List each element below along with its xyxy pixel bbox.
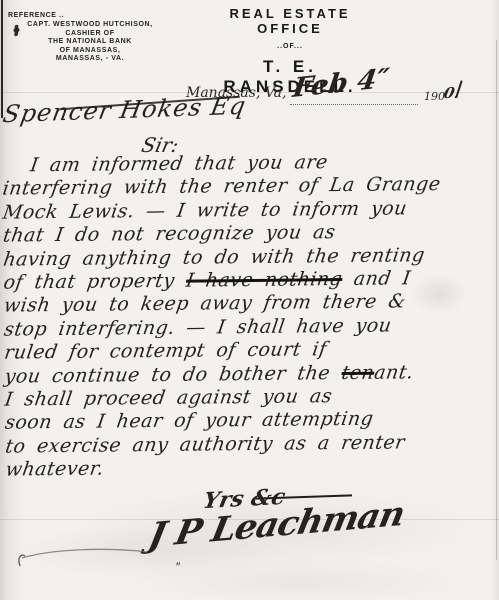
stray-pen-stroke (10, 540, 160, 580)
handwritten-text: I shall proceed against you as (3, 385, 333, 410)
signature-ditto-marks: ″ (176, 560, 180, 574)
handwritten-text: ruled for contempt of court if (3, 338, 328, 363)
scan-edge-line (1, 0, 3, 118)
reference-line: OF MANASSAS, (8, 47, 158, 56)
handwritten-text: soon as I hear of your attempting (4, 408, 375, 434)
office-of-label: ..OF... (200, 43, 380, 50)
handwritten-text: to exercise any authority as a renter (4, 431, 407, 457)
office-title: REAL ESTATE OFFICE (200, 6, 380, 36)
handwritten-text: and I (341, 267, 413, 290)
handwritten-text: whatever. (4, 458, 105, 481)
handwritten-text: wish you to keep away from there & (2, 291, 407, 317)
reference-line: CAPT. WESTWOOD HUTCHISON, (8, 21, 158, 30)
handwritten-text: of that property (2, 270, 188, 294)
reference-line: MANASSAS, - VA. (8, 55, 158, 64)
scanned-letter-page: REFERENCE .. CAPT. WESTWOOD HUTCHISON, C… (0, 0, 499, 600)
reference-line: THE NATIONAL BANK (8, 38, 158, 47)
struck-text: ten (340, 361, 376, 383)
printers-ornament-icon (12, 24, 21, 42)
handwritten-text: having anything to do with the renting (2, 244, 427, 270)
reference-line: CASHIER OF (8, 30, 158, 39)
handwritten-text: stop interfering. — I shall have you (3, 314, 394, 340)
handwritten-text: I am informed that you are (29, 151, 329, 176)
struck-text: I have nothing (185, 268, 344, 292)
letter-line: whatever. (4, 454, 499, 483)
reference-label: REFERENCE .. (8, 12, 158, 19)
handwritten-text: you continue to do bother the (3, 362, 343, 388)
letter-body: I am informed that you areinterfering wi… (2, 149, 497, 482)
letterhead-reference-block: REFERENCE .. CAPT. WESTWOOD HUTCHISON, C… (8, 12, 158, 64)
scan-edge-line (496, 40, 497, 560)
handwritten-text: interfering with the renter of La Grange (1, 173, 442, 200)
handwritten-text: ant. (373, 361, 416, 383)
dateline-dotted-rule (290, 104, 418, 105)
handwritten-text: Mock Lewis. — I write to inform you (1, 197, 408, 223)
handwritten-text: that I do not recognize you as (2, 221, 337, 247)
